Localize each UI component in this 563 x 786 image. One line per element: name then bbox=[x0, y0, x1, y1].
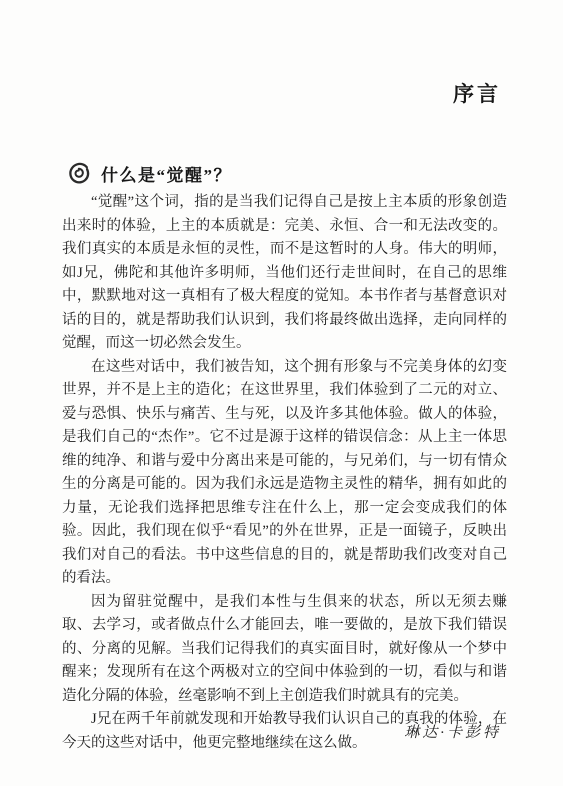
paragraph: “觉醒”这个词，指的是当我们记得自己是按上主本质的形象创造出来时的体验，上主的本… bbox=[62, 191, 507, 356]
paragraph: 因为留驻觉醒中，是我们本性与生俱来的状态，所以无须去赚取、去学习，或者做点什么才… bbox=[62, 591, 507, 709]
section-heading-label: 什么是“觉醒”？ bbox=[101, 161, 232, 186]
author-signature: 琳达·卡彭特 bbox=[404, 721, 501, 742]
paragraph: 在这些对话中，我们被告知，这个拥有形象与不完美身体的幻变世界，并不是上主的造化；… bbox=[62, 356, 507, 591]
enso-spiral-icon bbox=[66, 160, 92, 186]
body-text: “觉醒”这个词，指的是当我们记得自己是按上主本质的形象创造出来时的体验，上主的本… bbox=[62, 191, 507, 755]
section-heading: 什么是“觉醒”？ bbox=[66, 160, 232, 186]
book-page: 序言 什么是“觉醒”？ “觉醒”这个词，指的是当我们记得自己是按上主本质的形象创… bbox=[0, 0, 563, 786]
chapter-title: 序言 bbox=[453, 78, 501, 108]
